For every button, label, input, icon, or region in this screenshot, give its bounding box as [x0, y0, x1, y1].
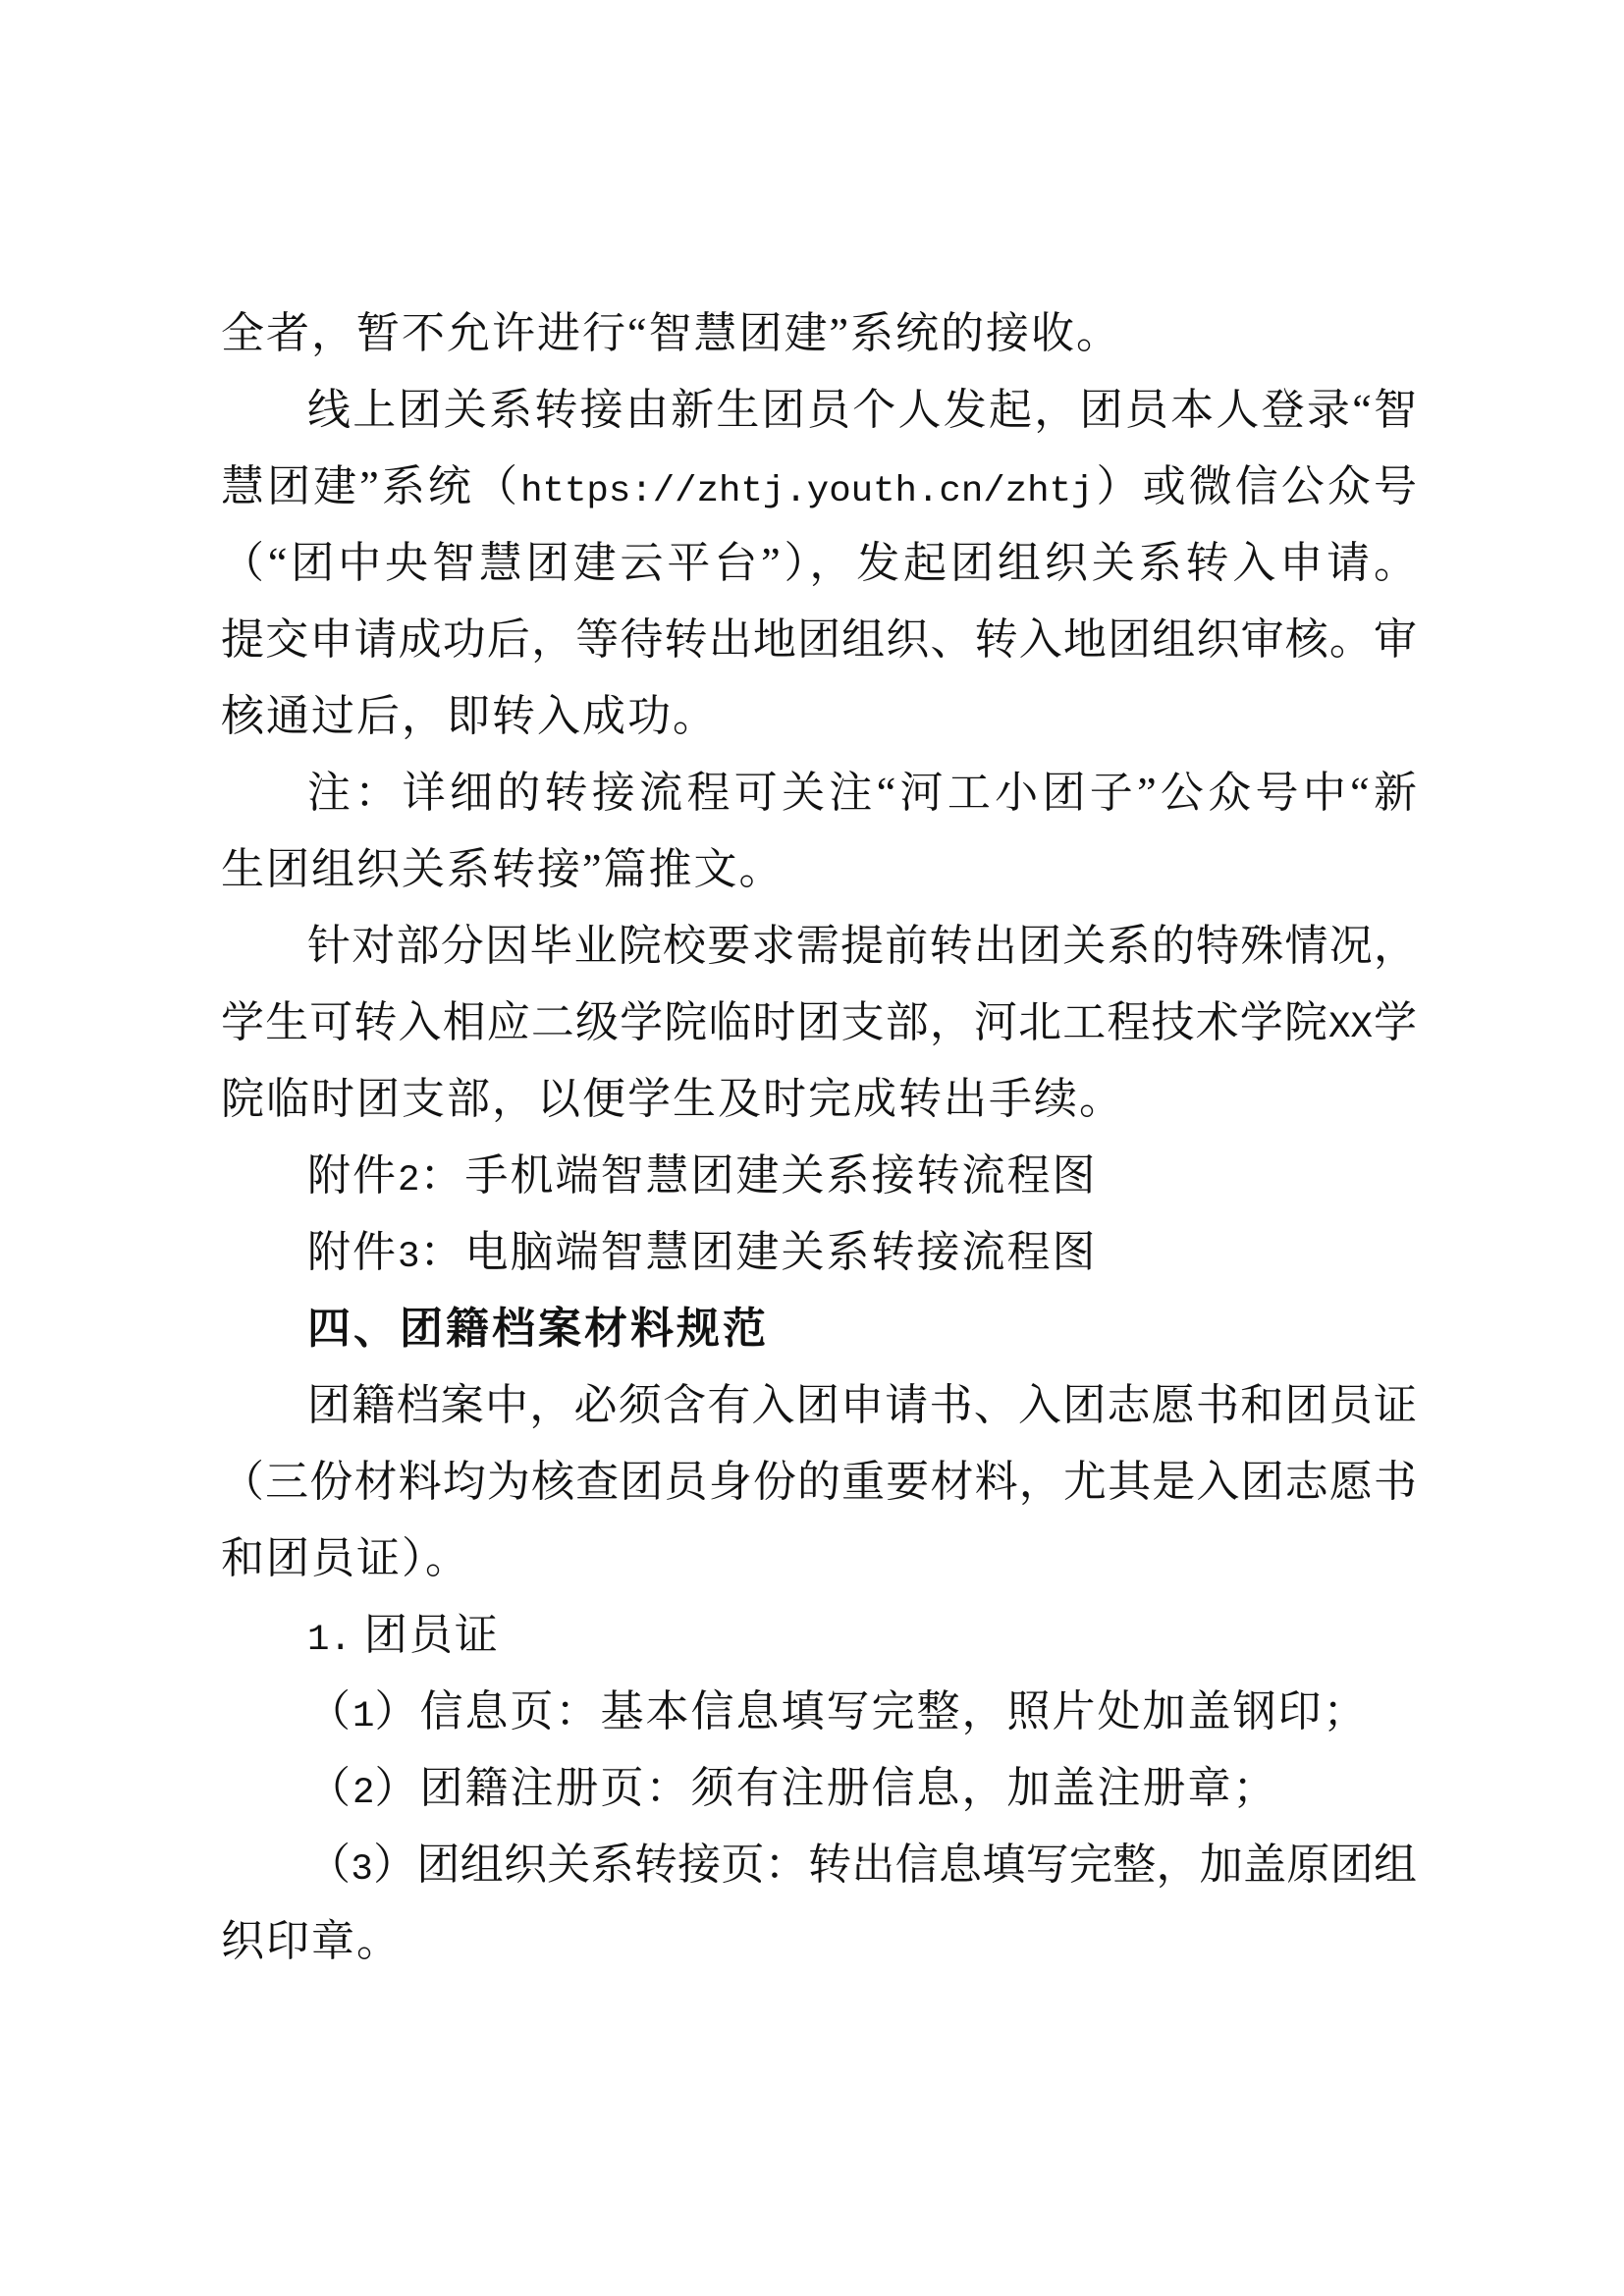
text-line: 核通过后，即转入成功。 — [221, 678, 1417, 755]
document-text-block: 全者，暂不允许进行“智慧团建”系统的接收。线上团关系转接由新生团员个人发起，团员… — [221, 295, 1417, 1980]
text-line: 慧团建”系统（https://zhtj.youth.cn/zhtj）或微信公众号 — [221, 449, 1417, 525]
text-line: 提交申请成功后，等待转出地团组织、转入地团组织审核。审 — [221, 602, 1417, 678]
text-line: 院临时团支部，以便学生及时完成转出手续。 — [221, 1061, 1417, 1138]
text-line: （三份材料均为核查团员身份的重要材料，尤其是入团志愿书 — [221, 1444, 1417, 1521]
text-line: 针对部分因毕业院校要求需提前转出团关系的特殊情况， — [221, 908, 1417, 985]
text-line: 附件3：电脑端智慧团建关系转接流程图 — [221, 1214, 1417, 1291]
text-line: 附件2：手机端智慧团建关系接转流程图 — [221, 1138, 1417, 1214]
text-line: 全者，暂不允许进行“智慧团建”系统的接收。 — [221, 295, 1417, 372]
text-line: 1. 团员证 — [221, 1597, 1417, 1674]
text-line: 线上团关系转接由新生团员个人发起，团员本人登录“智 — [221, 372, 1417, 449]
latin-text: 2 — [398, 1160, 419, 1201]
latin-text: 3 — [351, 1849, 372, 1891]
text-line: 注：详细的转接流程可关注“河工小团子”公众号中“新 — [221, 755, 1417, 831]
text-line: （2）团籍注册页：须有注册信息，加盖注册章； — [221, 1750, 1417, 1827]
text-line: （1）信息页：基本信息填写完整，照片处加盖钢印； — [221, 1674, 1417, 1750]
text-line: 生团组织关系转接”篇推文。 — [221, 831, 1417, 908]
latin-text: 2 — [352, 1773, 374, 1814]
document-page: 全者，暂不允许进行“智慧团建”系统的接收。线上团关系转接由新生团员个人发起，团员… — [0, 0, 1624, 2296]
text-line: 团籍档案中，必须含有入团申请书、入团志愿书和团员证 — [221, 1367, 1417, 1444]
latin-text: XX — [1328, 1007, 1373, 1048]
text-line: （“团中央智慧团建云平台”），发起团组织关系转入申请。 — [221, 525, 1417, 602]
latin-text: 1 — [352, 1696, 374, 1737]
text-line: 和团员证）。 — [221, 1521, 1417, 1597]
latin-text: 3 — [398, 1237, 419, 1278]
latin-text: https://zhtj.youth.cn/zhtj — [520, 471, 1093, 512]
text-line: 学生可转入相应二级学院临时团支部，河北工程技术学院XX学 — [221, 985, 1417, 1061]
text-line: 织印章。 — [221, 1903, 1417, 1980]
section-heading: 四、团籍档案材料规范 — [221, 1291, 1417, 1367]
text-line: （3）团组织关系转接页：转出信息填写完整，加盖原团组 — [221, 1827, 1417, 1903]
latin-text: 1. — [307, 1620, 352, 1661]
